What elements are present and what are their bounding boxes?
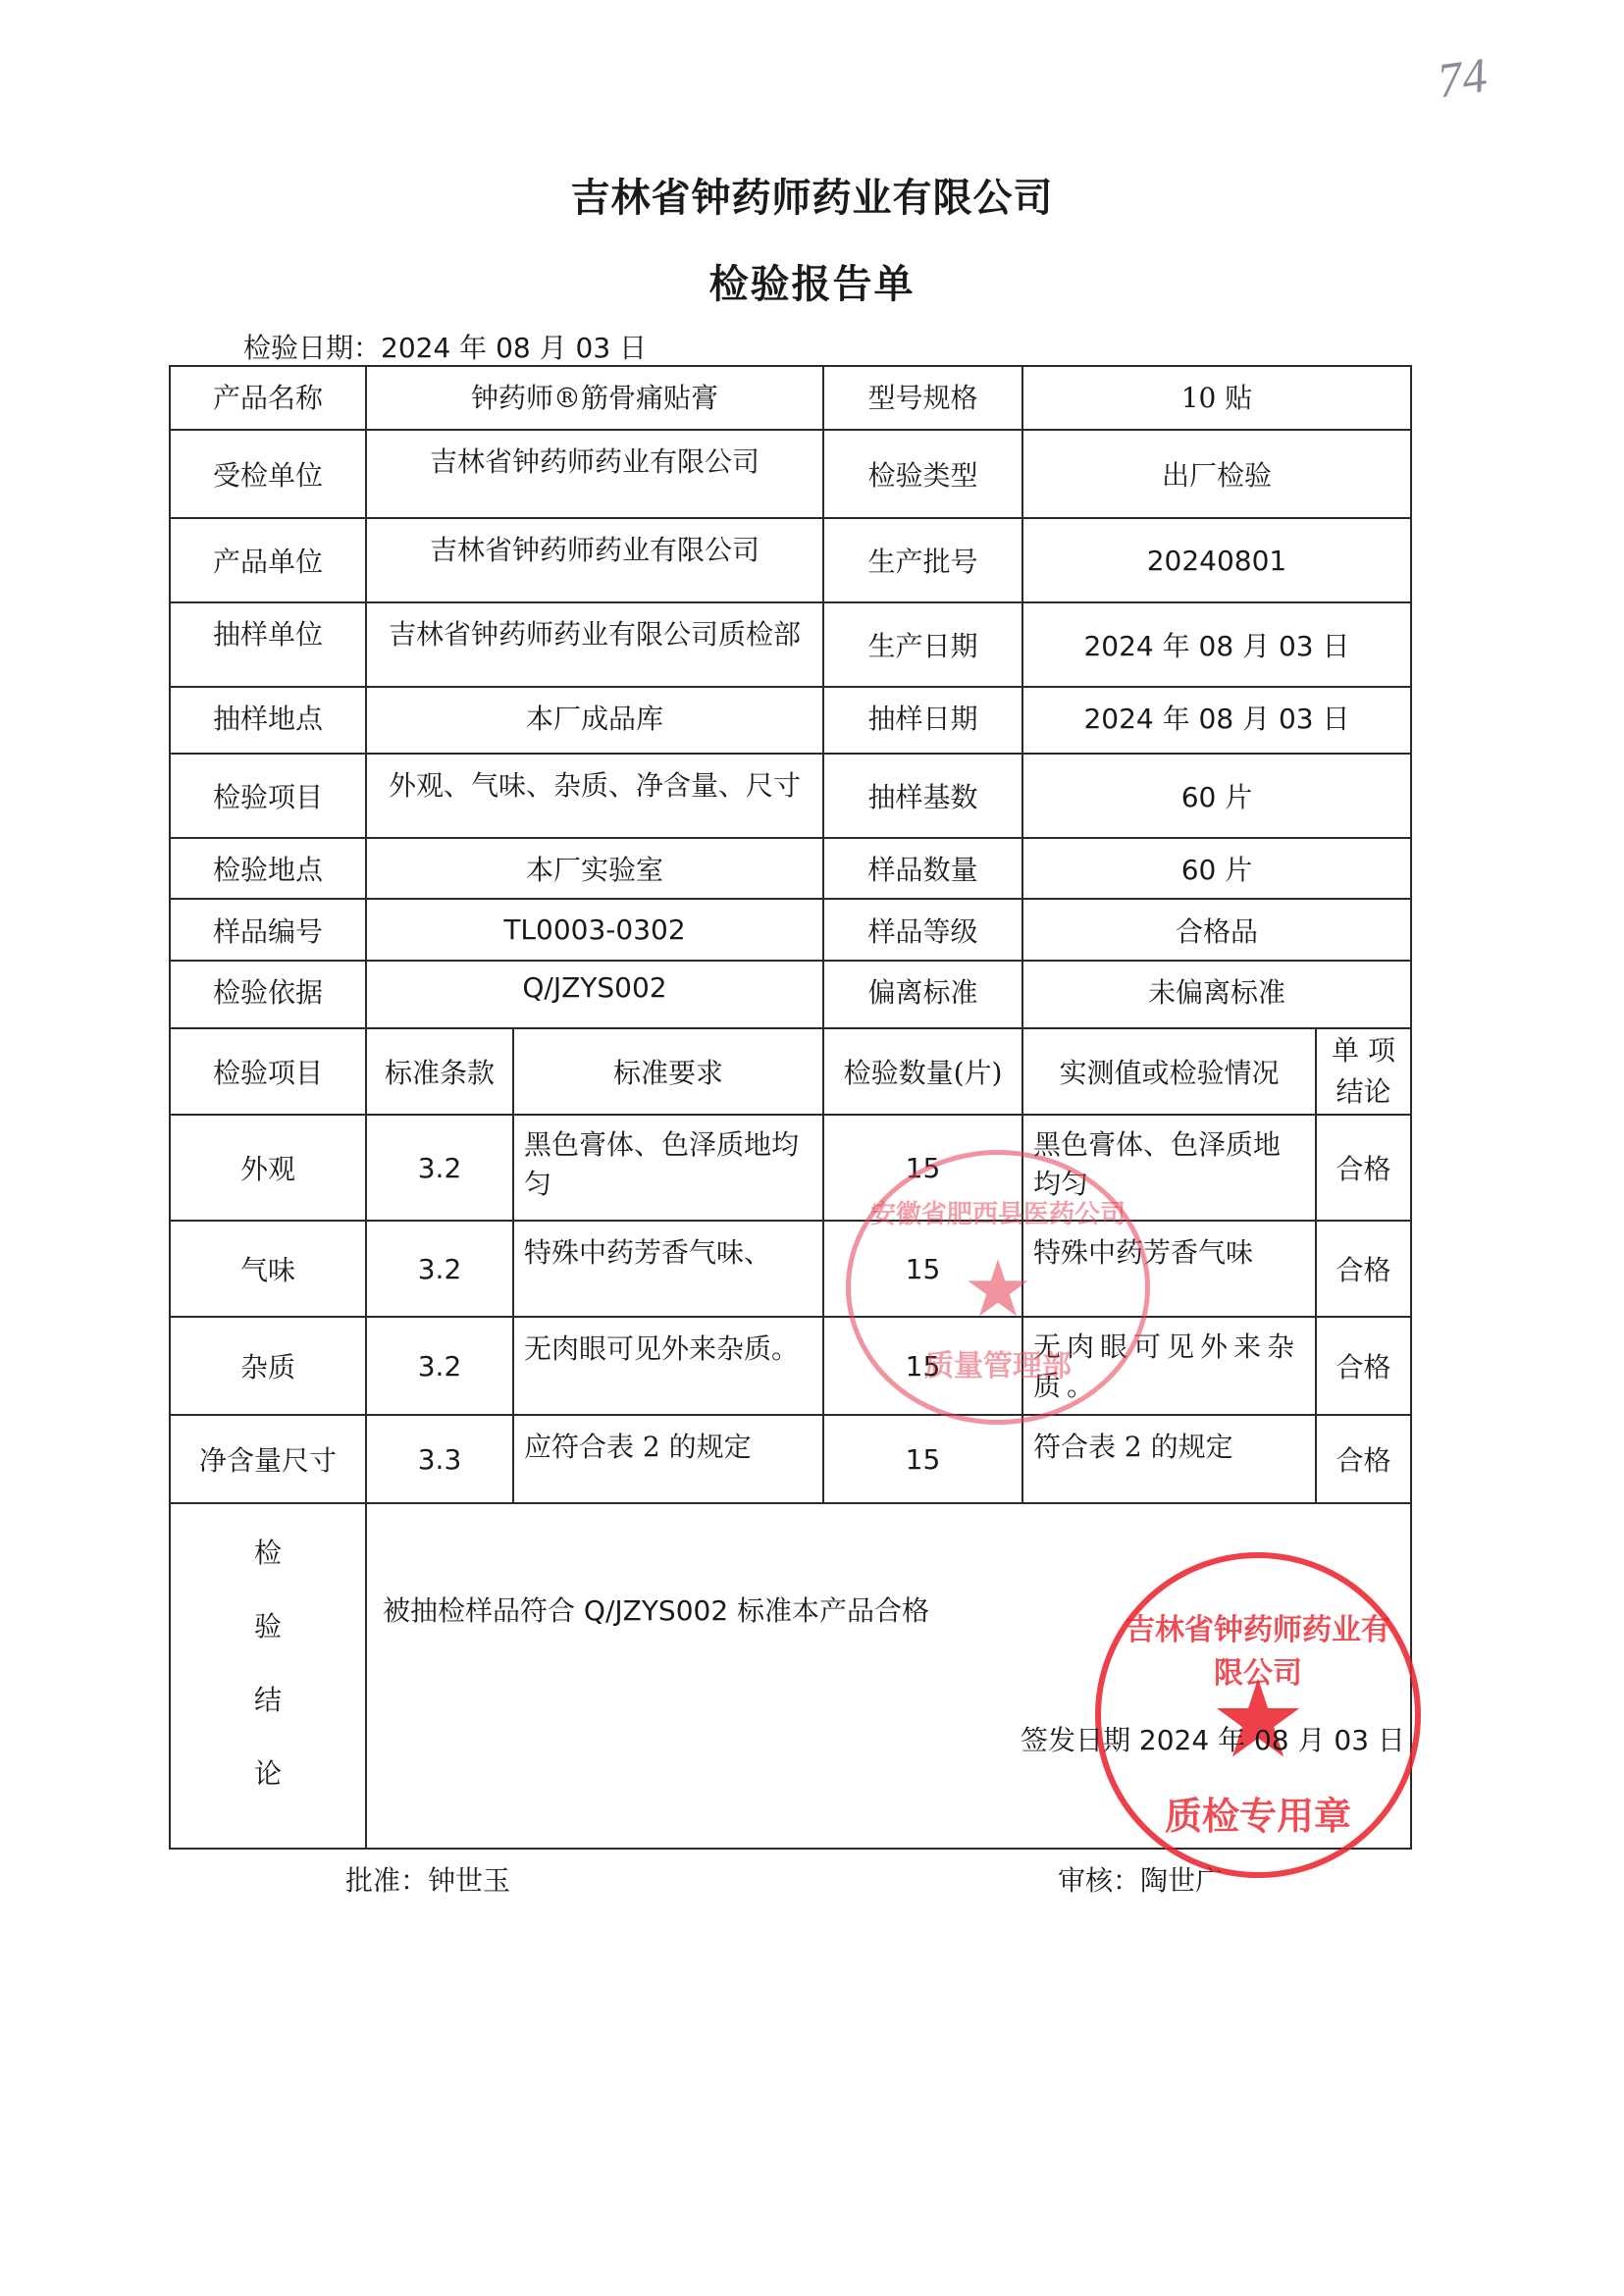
- results-header: 检验项目: [169, 1027, 367, 1116]
- info-value: 合格品: [1022, 898, 1412, 962]
- inspection-date-label: 检验日期：: [243, 332, 381, 364]
- conclusion-label-char: 检: [254, 1532, 282, 1571]
- info-value: 10 贴: [1022, 365, 1412, 431]
- info-value: 外观、气味、杂质、净含量、尺寸: [365, 753, 824, 839]
- table-row-item: 杂质: [169, 1316, 367, 1416]
- table-row-clause: 3.3: [365, 1414, 514, 1504]
- info-value: 20240801: [1022, 517, 1412, 603]
- info-value: 60 片: [1022, 837, 1412, 900]
- conclusion-box: [365, 1502, 1412, 1850]
- info-label: 检验地点: [169, 837, 367, 900]
- table-row-requirement: 特殊中药芳香气味、: [512, 1220, 824, 1318]
- info-value: 吉林省钟药师药业有限公司: [365, 517, 824, 603]
- issue-date: 签发日期 2024 年 08 月 03 日: [1021, 1719, 1405, 1758]
- info-label: 抽样基数: [822, 753, 1023, 839]
- info-label: 产品单位: [169, 517, 367, 603]
- table-row-measured: 特殊中药芳香气味: [1022, 1220, 1317, 1318]
- conclusion-text: 被抽检样品符合 Q/JZYS002 标准本产品合格: [383, 1590, 929, 1629]
- table-row-clause: 3.2: [365, 1316, 514, 1416]
- table-row-requirement: 应符合表 2 的规定: [512, 1414, 824, 1504]
- table-row-result: 合格: [1315, 1114, 1412, 1222]
- table-row-requirement: 无肉眼可见外来杂质。: [512, 1316, 824, 1416]
- info-value: 出厂检验: [1022, 429, 1412, 519]
- info-label: 样品等级: [822, 898, 1023, 962]
- results-header: 实测值或检验情况: [1022, 1027, 1317, 1116]
- info-label: 样品数量: [822, 837, 1023, 900]
- table-row-clause: 3.2: [365, 1114, 514, 1222]
- info-label: 产品名称: [169, 365, 367, 431]
- inspection-date-value: 2024 年 08 月 03 日: [381, 332, 647, 364]
- conclusion-label-char: 结: [254, 1679, 282, 1718]
- info-value: 吉林省钟药师药业有限公司: [365, 429, 824, 519]
- conclusion-label: 检 验 结 论: [169, 1502, 367, 1850]
- results-header: 单 项 结论: [1315, 1027, 1412, 1116]
- company-title: 吉林省钟药师药业有限公司: [0, 167, 1624, 223]
- info-label: 型号规格: [822, 365, 1023, 431]
- results-header: 检验数量(片): [822, 1027, 1023, 1116]
- table-row-measured: 无肉眼可见外来杂质。: [1022, 1316, 1317, 1416]
- table-row-result: 合格: [1315, 1414, 1412, 1504]
- info-value: 吉林省钟药师药业有限公司质检部: [365, 601, 824, 688]
- info-label: 抽样单位: [169, 601, 367, 688]
- info-label: 样品编号: [169, 898, 367, 962]
- info-label: 检验类型: [822, 429, 1023, 519]
- info-value: 2024 年 08 月 03 日: [1022, 601, 1412, 688]
- info-value: 本厂成品库: [365, 686, 824, 755]
- table-row-result: 合格: [1315, 1316, 1412, 1416]
- table-row-item: 气味: [169, 1220, 367, 1318]
- results-header: 标准条款: [365, 1027, 514, 1116]
- info-value: 60 片: [1022, 753, 1412, 839]
- info-label: 抽样地点: [169, 686, 367, 755]
- table-row-quantity: 15: [822, 1316, 1023, 1416]
- table-row-item: 外观: [169, 1114, 367, 1222]
- table-row-clause: 3.2: [365, 1220, 514, 1318]
- info-label: 检验项目: [169, 753, 367, 839]
- table-row-requirement: 黑色膏体、色泽质地均匀: [512, 1114, 824, 1222]
- conclusion-label-char: 论: [254, 1752, 282, 1792]
- info-value: 2024 年 08 月 03 日: [1022, 686, 1412, 755]
- info-label: 生产批号: [822, 517, 1023, 603]
- handwritten-page-number: 74: [1434, 46, 1491, 109]
- table-row-measured: 黑色膏体、色泽质地均匀: [1022, 1114, 1317, 1222]
- info-label: 受检单位: [169, 429, 367, 519]
- info-value: 本厂实验室: [365, 837, 824, 900]
- reviewer-signature: 审核：陶世广: [1058, 1859, 1223, 1899]
- table-row-result: 合格: [1315, 1220, 1412, 1318]
- info-label: 抽样日期: [822, 686, 1023, 755]
- table-row-quantity: 15: [822, 1414, 1023, 1504]
- inspection-date: 检验日期：2024 年 08 月 03 日: [243, 327, 647, 366]
- results-header: 标准要求: [512, 1027, 824, 1116]
- info-value: Q/JZYS002: [365, 960, 824, 1029]
- info-label: 检验依据: [169, 960, 367, 1029]
- info-value: 钟药师®筋骨痛贴膏: [365, 365, 824, 431]
- approver-signature: 批准：钟世玉: [345, 1859, 510, 1899]
- table-row-measured: 符合表 2 的规定: [1022, 1414, 1317, 1504]
- info-value: TL0003-0302: [365, 898, 824, 962]
- table-row-item: 净含量尺寸: [169, 1414, 367, 1504]
- conclusion-label-char: 验: [254, 1605, 282, 1644]
- table-row-quantity: 15: [822, 1220, 1023, 1318]
- table-row-quantity: 15: [822, 1114, 1023, 1222]
- info-label: 偏离标准: [822, 960, 1023, 1029]
- report-title: 检验报告单: [0, 253, 1624, 309]
- info-value: 未偏离标准: [1022, 960, 1412, 1029]
- info-label: 生产日期: [822, 601, 1023, 688]
